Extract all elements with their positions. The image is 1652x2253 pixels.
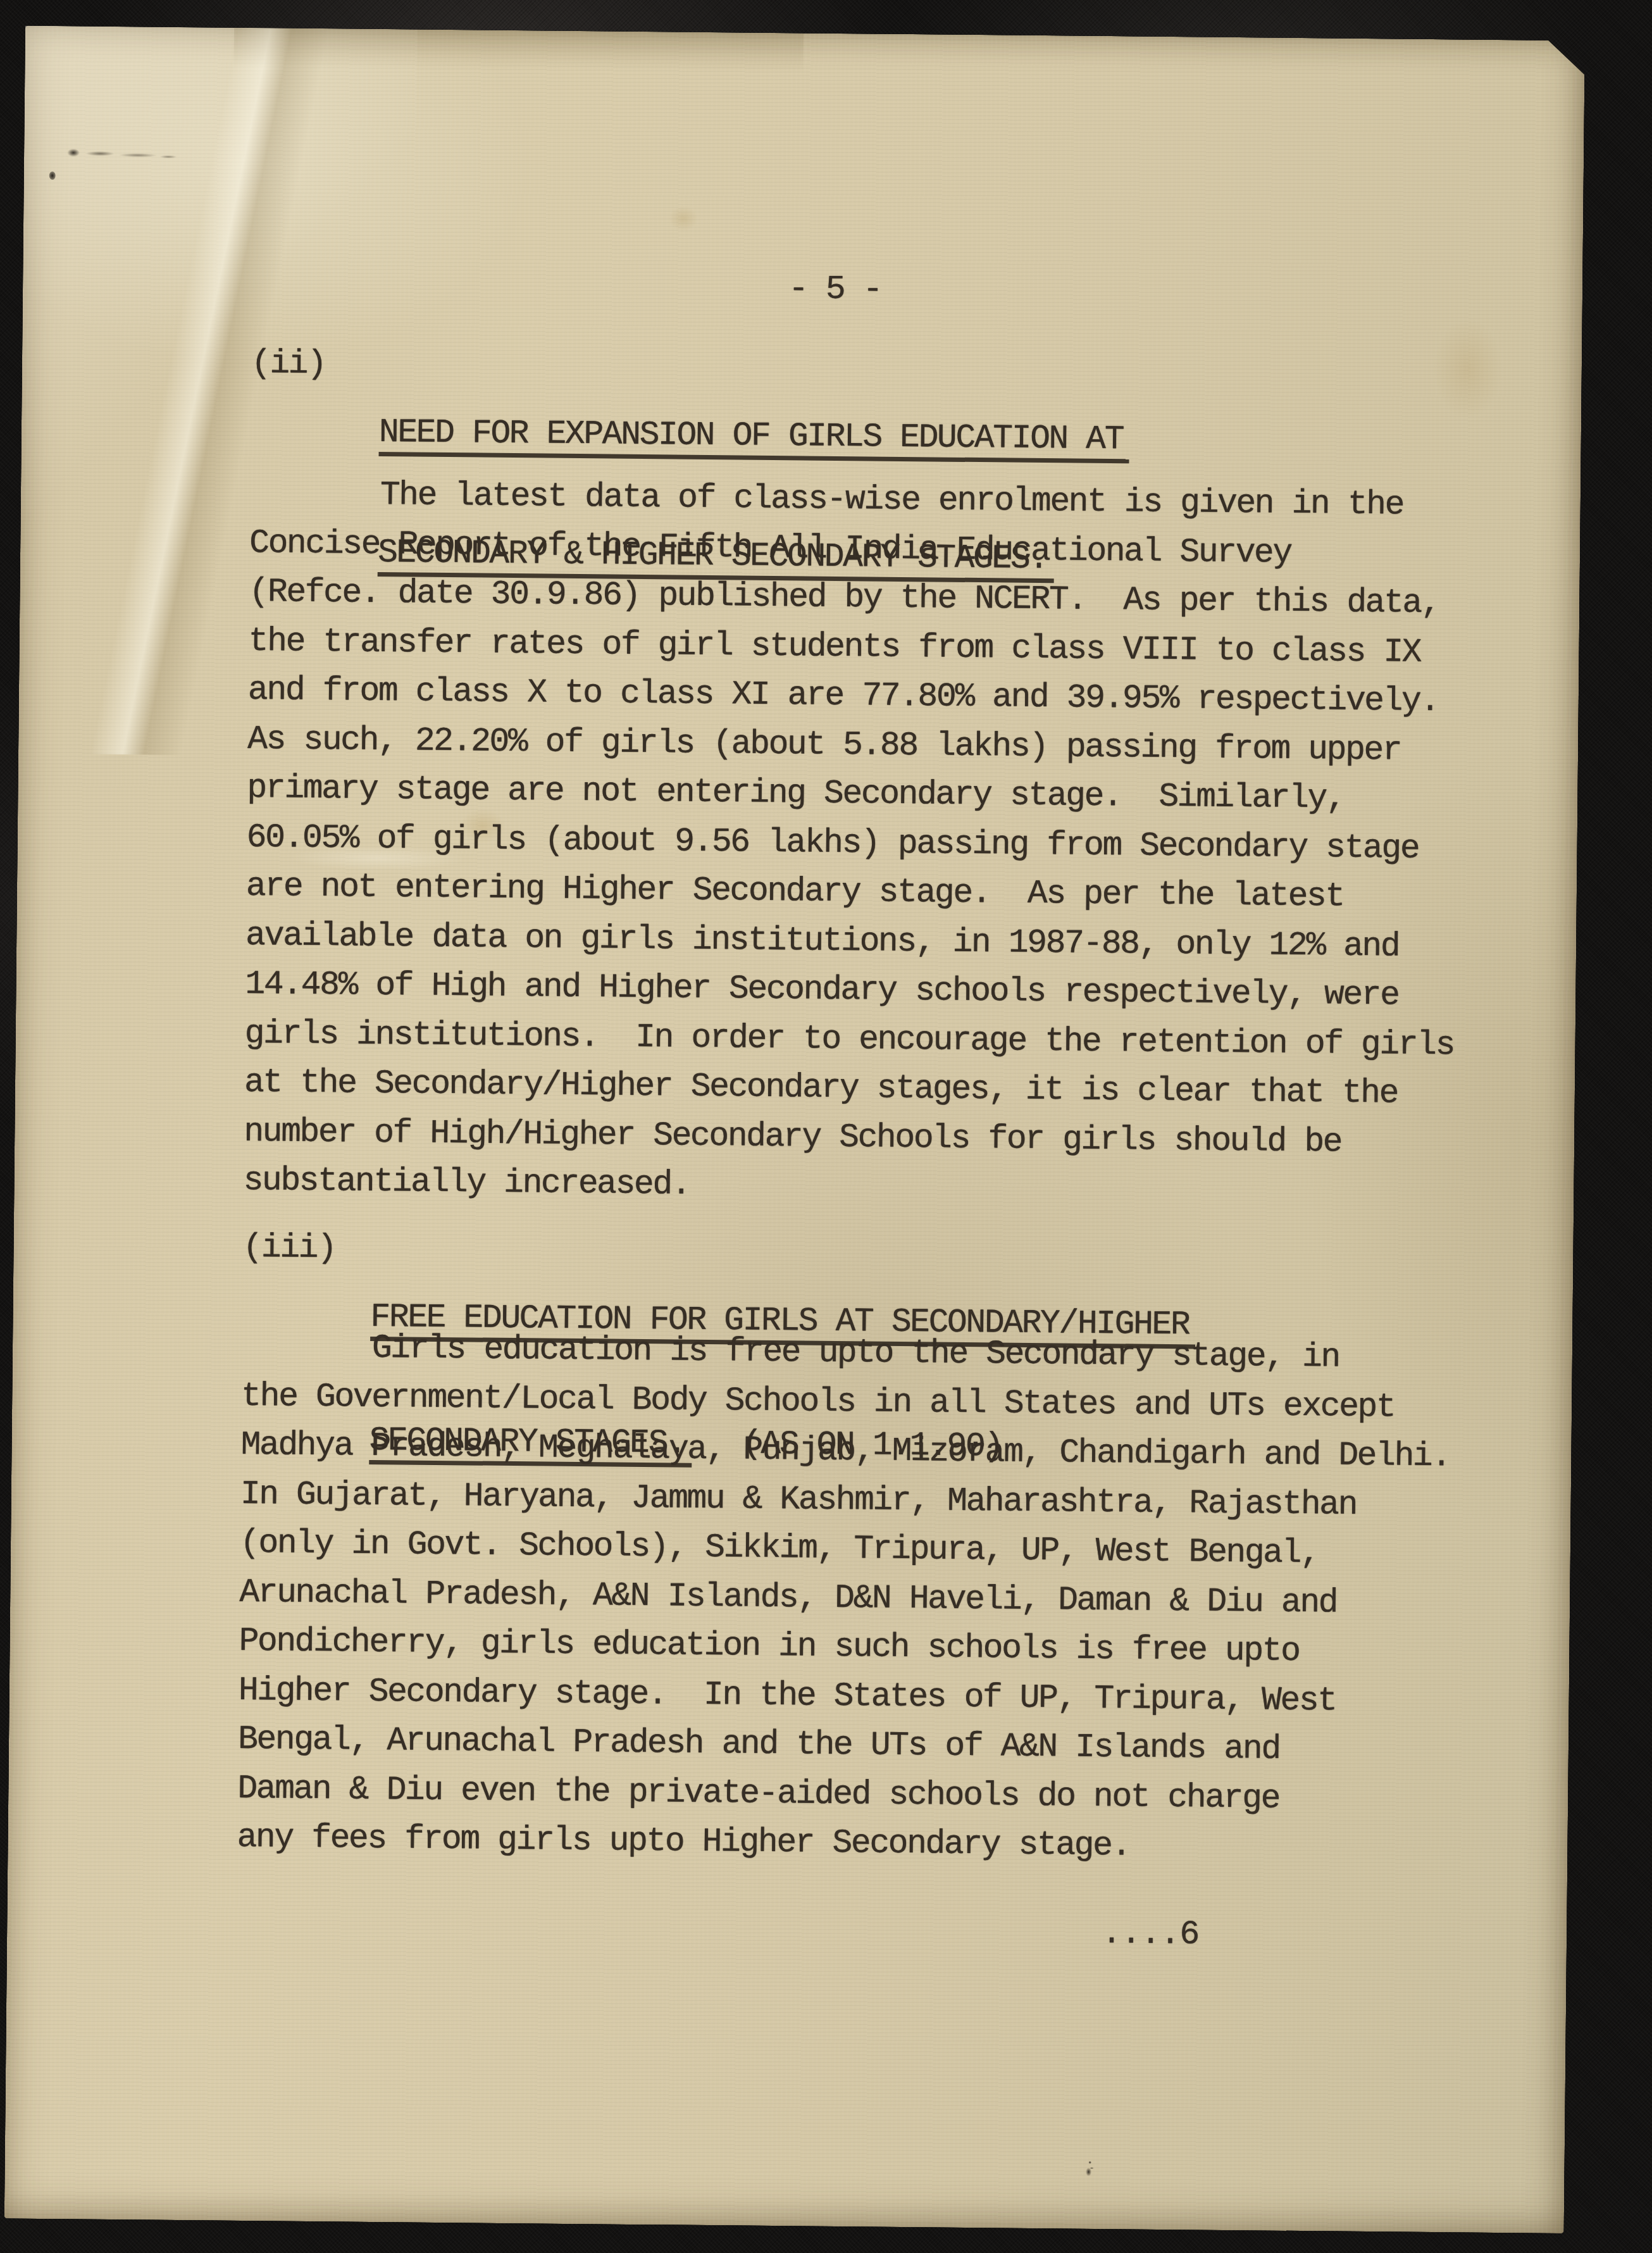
continuation-mark: ....6 [1102, 1914, 1200, 1953]
section-ii-marker: (ii) [251, 343, 326, 385]
ink-dot [49, 172, 56, 180]
section-ii-title-text1: NEED FOR EXPANSION OF GIRLS EDUCATION AT [379, 418, 1130, 463]
page-number: - 5 - [788, 270, 882, 308]
section-iii-body: Girls education is free upto the Seconda… [237, 1323, 1501, 1875]
section-iii-marker: (iii) [242, 1224, 336, 1272]
paper-stain [669, 206, 698, 231]
paper-stain [1432, 318, 1503, 420]
ink-smudge [62, 145, 179, 160]
stray-ink-mark [1084, 2160, 1094, 2179]
section-ii-body: The latest data of class-wise enrolment … [243, 470, 1509, 1218]
paper-crease-shadow [233, 28, 804, 90]
section-ii-title-line1: NEED FOR EXPANSION OF GIRLS EDUCATION AT [379, 412, 1130, 463]
scan-background: { "header": { "page_number": "- 5 -" }, … [0, 0, 1652, 2253]
paper-sheet: - 5 - (ii) NEED FOR EXPANSION OF GIRLS E… [4, 26, 1585, 2234]
